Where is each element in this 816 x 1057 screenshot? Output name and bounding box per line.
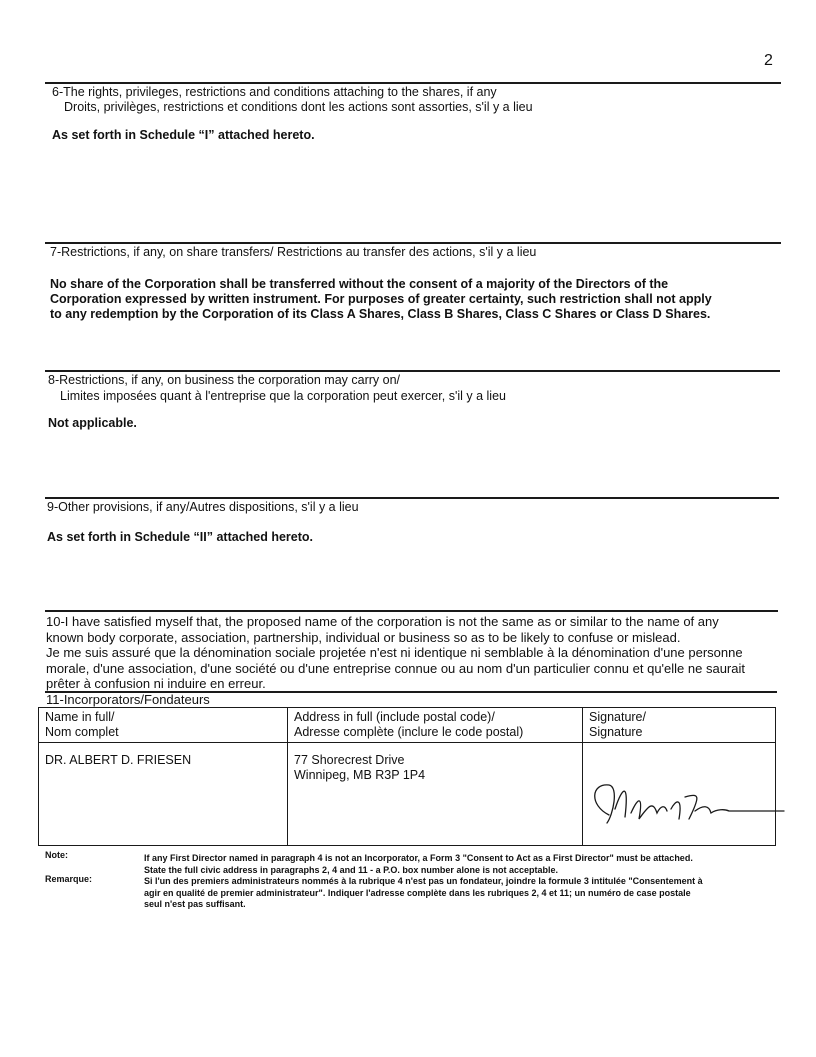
header-address-fr: Adresse complète (inclure le code postal… [294, 725, 576, 740]
header-signature-fr: Signature [589, 725, 769, 740]
header-address: Address in full (include postal code)/ A… [288, 708, 583, 743]
incorporator-address: 77 Shorecrest Drive Winnipeg, MB R3P 1P4 [288, 743, 583, 846]
address-line1: 77 Shorecrest Drive [294, 753, 576, 768]
section9-title: 9-Other provisions, if any/Autres dispos… [47, 500, 359, 515]
remarque-line: Si l'un des premiers administrateurs nom… [144, 876, 703, 887]
section7-content-line: to any redemption by the Corporation of … [50, 307, 710, 322]
note-label: Note: [45, 850, 68, 860]
section10-line: 10-I have satisfied myself that, the pro… [46, 614, 719, 629]
incorporator-signature [583, 743, 776, 846]
signature-icon [579, 775, 799, 835]
incorporators-table: Name in full/ Nom complet Address in ful… [38, 707, 776, 846]
header-signature-en: Signature/ [589, 710, 769, 725]
section10-line: prêter à confusion ni induire en erreur. [46, 676, 266, 691]
incorporator-name: DR. ALBERT D. FRIESEN [39, 743, 288, 846]
section-divider [45, 242, 781, 244]
table-row: DR. ALBERT D. FRIESEN 77 Shorecrest Driv… [39, 743, 776, 846]
section6-title-fr: Droits, privilèges, restrictions et cond… [52, 100, 533, 115]
header-name-fr: Nom complet [45, 725, 281, 740]
section10-line: known body corporate, association, partn… [46, 630, 680, 645]
header-name-en: Name in full/ [45, 710, 281, 725]
section-divider [45, 82, 781, 84]
remarque-line: seul n'est pas suffisant. [144, 899, 246, 910]
section10-line: morale, d'une association, d'une société… [46, 661, 745, 676]
section-divider [45, 370, 780, 372]
section7-content-line: No share of the Corporation shall be tra… [50, 277, 668, 292]
section7-title: 7-Restrictions, if any, on share transfe… [50, 245, 536, 260]
section-divider [45, 610, 778, 612]
section8-title-en: 8-Restrictions, if any, on business the … [48, 373, 400, 388]
section9-content: As set forth in Schedule “II” attached h… [47, 530, 313, 545]
section6-title-en: 6-The rights, privileges, restrictions a… [52, 85, 497, 100]
section8-title-fr: Limites imposées quant à l'entreprise qu… [48, 389, 506, 404]
section8-content: Not applicable. [48, 416, 137, 431]
remarque-label: Remarque: [45, 874, 92, 884]
note-line: If any First Director named in paragraph… [144, 853, 693, 864]
table-header-row: Name in full/ Nom complet Address in ful… [39, 708, 776, 743]
header-name: Name in full/ Nom complet [39, 708, 288, 743]
page-number: 2 [764, 52, 773, 70]
section7-content-line: Corporation expressed by written instrum… [50, 292, 712, 307]
address-line2: Winnipeg, MB R3P 1P4 [294, 768, 576, 783]
header-address-en: Address in full (include postal code)/ [294, 710, 576, 725]
section11-title: 11-Incorporators/Fondateurs [46, 692, 210, 707]
section10-line: Je me suis assuré que la dénomination so… [46, 645, 743, 660]
note-line: State the full civic address in paragrap… [144, 865, 558, 876]
remarque-line: agir en qualité de premier administrateu… [144, 888, 691, 899]
section-divider [45, 497, 779, 499]
section6-content: As set forth in Schedule “I” attached he… [52, 128, 315, 143]
header-signature: Signature/ Signature [583, 708, 776, 743]
